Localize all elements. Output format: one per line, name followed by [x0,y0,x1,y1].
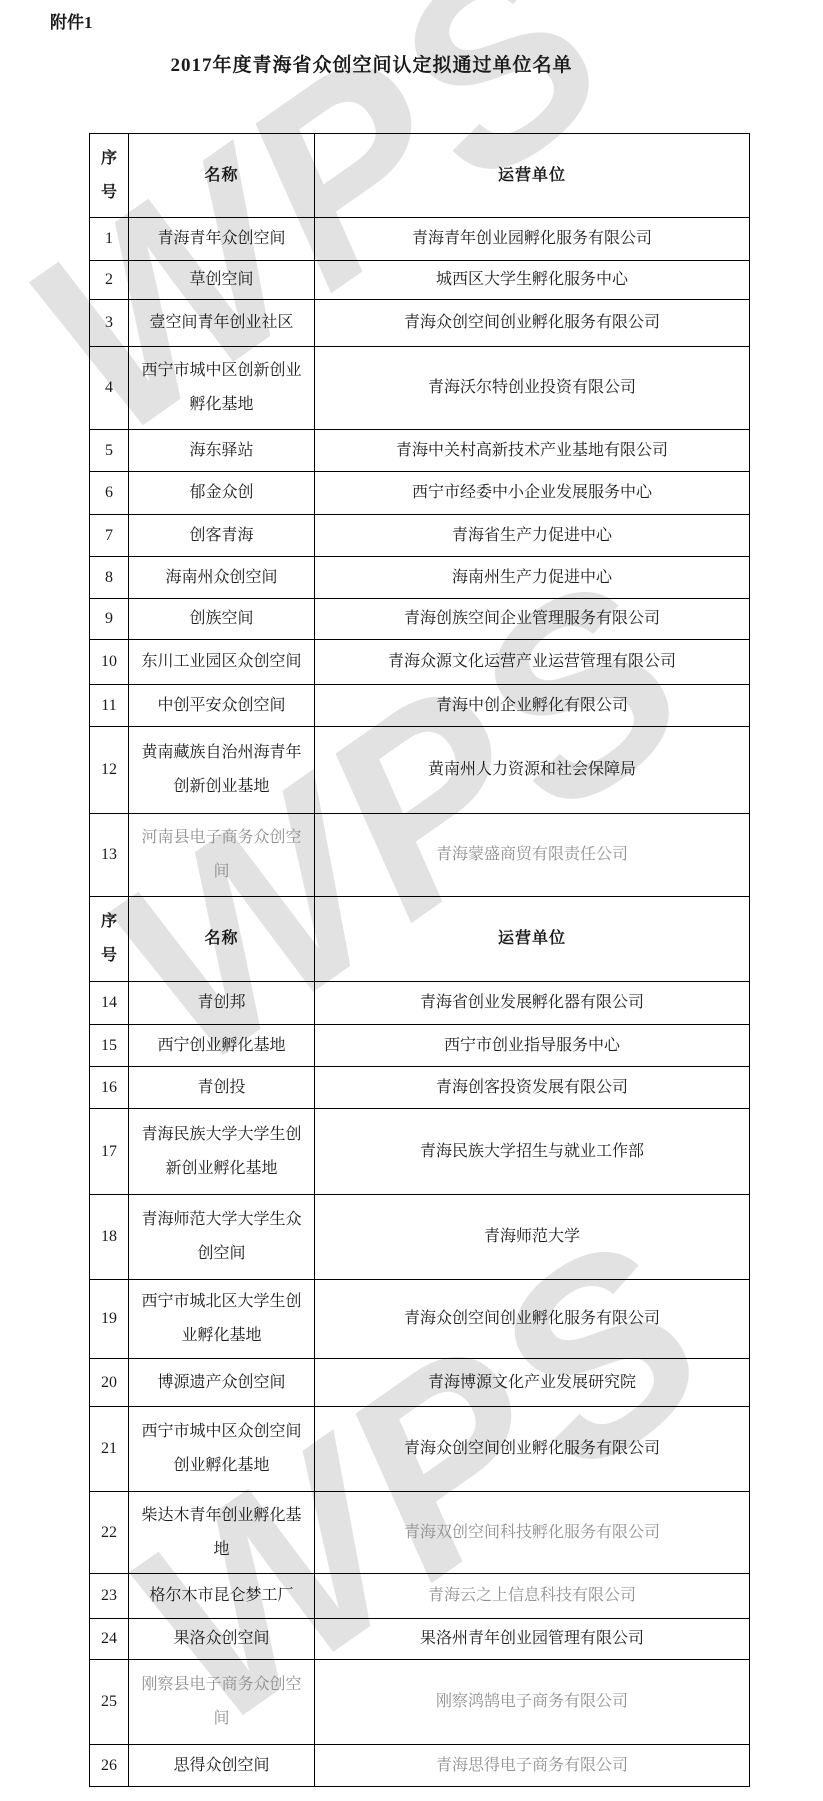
unit-cell: 青海创族空间企业管理服务有限公司 [315,599,750,640]
table-row: 17青海民族大学大学生创新创业孵化基地青海民族大学招生与就业工作部 [90,1109,750,1195]
name-cell: 黄南藏族自治州海青年创新创业基地 [129,727,315,814]
unit-cell: 青海沃尔特创业投资有限公司 [315,347,750,430]
header-cell-no: 序号 [90,897,129,982]
header-cell-name: 名称 [129,897,315,982]
row-number-cell: 9 [90,599,129,640]
unit-cell: 果洛州青年创业园管理有限公司 [315,1619,750,1660]
approved-units-table: 序号名称运营单位1青海青年众创空间青海青年创业园孵化服务有限公司2草创空间城西区… [89,133,750,1787]
row-number-cell: 15 [90,1025,129,1067]
name-cell: 西宁市城中区众创空间创业孵化基地 [129,1407,315,1492]
name-cell: 壹空间青年创业社区 [129,300,315,347]
row-number-cell: 6 [90,472,129,515]
row-number-cell: 18 [90,1195,129,1280]
unit-cell: 青海民族大学招生与就业工作部 [315,1109,750,1195]
unit-cell: 青海双创空间科技孵化服务有限公司 [315,1492,750,1574]
table-row: 19西宁市城北区大学生创业孵化基地青海众创空间创业孵化服务有限公司 [90,1280,750,1359]
unit-cell: 西宁市创业指导服务中心 [315,1025,750,1067]
name-cell: 格尔木市昆仑梦工厂 [129,1574,315,1619]
unit-cell: 青海众创空间创业孵化服务有限公司 [315,1280,750,1359]
table-row: 24果洛众创空间果洛州青年创业园管理有限公司 [90,1619,750,1660]
page-title: 2017年度青海省众创空间认定拟通过单位名单 [0,50,823,77]
row-number-cell: 7 [90,515,129,557]
row-number-cell: 10 [90,640,129,685]
name-cell: 郁金众创 [129,472,315,515]
name-cell: 博源遗产众创空间 [129,1359,315,1407]
table-row: 12黄南藏族自治州海青年创新创业基地黄南州人力资源和社会保障局 [90,727,750,814]
table-row: 1青海青年众创空间青海青年创业园孵化服务有限公司 [90,218,750,261]
table-row: 2草创空间城西区大学生孵化服务中心 [90,261,750,300]
name-cell: 青创投 [129,1067,315,1109]
row-number-cell: 22 [90,1492,129,1574]
row-number-cell: 25 [90,1660,129,1745]
name-cell: 青海民族大学大学生创新创业孵化基地 [129,1109,315,1195]
row-number-cell: 17 [90,1109,129,1195]
name-cell: 西宁创业孵化基地 [129,1025,315,1067]
unit-cell: 青海众创空间创业孵化服务有限公司 [315,1407,750,1492]
row-number-cell: 8 [90,557,129,599]
name-cell: 创族空间 [129,599,315,640]
row-number-cell: 3 [90,300,129,347]
name-cell: 海东驿站 [129,430,315,472]
attachment-label: 附件1 [50,8,93,33]
unit-cell: 刚察鸿鹄电子商务有限公司 [315,1660,750,1745]
unit-cell: 青海师范大学 [315,1195,750,1280]
unit-cell: 青海众创空间创业孵化服务有限公司 [315,300,750,347]
name-cell: 西宁市城中区创新创业孵化基地 [129,347,315,430]
row-number-cell: 14 [90,982,129,1025]
name-cell: 东川工业园区众创空间 [129,640,315,685]
row-number-cell: 12 [90,727,129,814]
table-row: 21西宁市城中区众创空间创业孵化基地青海众创空间创业孵化服务有限公司 [90,1407,750,1492]
unit-cell: 西宁市经委中小企业发展服务中心 [315,472,750,515]
name-cell: 思得众创空间 [129,1745,315,1787]
header-cell-unit: 运营单位 [315,897,750,982]
name-cell: 青海青年众创空间 [129,218,315,261]
table-header-row: 序号名称运营单位 [90,897,750,982]
unit-cell: 黄南州人力资源和社会保障局 [315,727,750,814]
table-row: 11中创平安众创空间青海中创企业孵化有限公司 [90,685,750,727]
document-page: WPS WPS WPS 附件1 2017年度青海省众创空间认定拟通过单位名单 序… [0,0,823,1801]
unit-cell: 青海云之上信息科技有限公司 [315,1574,750,1619]
name-cell: 中创平安众创空间 [129,685,315,727]
header-cell-unit: 运营单位 [315,134,750,218]
name-cell: 果洛众创空间 [129,1619,315,1660]
unit-cell: 青海青年创业园孵化服务有限公司 [315,218,750,261]
unit-cell: 青海创客投资发展有限公司 [315,1067,750,1109]
header-cell-name: 名称 [129,134,315,218]
table-row: 8海南州众创空间海南州生产力促进中心 [90,557,750,599]
table-row: 14青创邦青海省创业发展孵化器有限公司 [90,982,750,1025]
name-cell: 刚察县电子商务众创空间 [129,1660,315,1745]
table-row: 4西宁市城中区创新创业孵化基地青海沃尔特创业投资有限公司 [90,347,750,430]
unit-cell: 青海中关村高新技术产业基地有限公司 [315,430,750,472]
unit-cell: 青海省生产力促进中心 [315,515,750,557]
name-cell: 河南县电子商务众创空间 [129,814,315,897]
name-cell: 青海师范大学大学生众创空间 [129,1195,315,1280]
table-row: 9创族空间青海创族空间企业管理服务有限公司 [90,599,750,640]
unit-cell: 青海省创业发展孵化器有限公司 [315,982,750,1025]
row-number-cell: 24 [90,1619,129,1660]
row-number-cell: 2 [90,261,129,300]
row-number-cell: 13 [90,814,129,897]
row-number-cell: 21 [90,1407,129,1492]
table-row: 20博源遗产众创空间青海博源文化产业发展研究院 [90,1359,750,1407]
unit-cell: 青海博源文化产业发展研究院 [315,1359,750,1407]
unit-cell: 海南州生产力促进中心 [315,557,750,599]
table-header-row: 序号名称运营单位 [90,134,750,218]
unit-cell: 青海思得电子商务有限公司 [315,1745,750,1787]
unit-cell: 青海蒙盛商贸有限责任公司 [315,814,750,897]
table-row: 16青创投青海创客投资发展有限公司 [90,1067,750,1109]
unit-cell: 城西区大学生孵化服务中心 [315,261,750,300]
name-cell: 西宁市城北区大学生创业孵化基地 [129,1280,315,1359]
name-cell: 创客青海 [129,515,315,557]
name-cell: 柴达木青年创业孵化基地 [129,1492,315,1574]
row-number-cell: 19 [90,1280,129,1359]
row-number-cell: 16 [90,1067,129,1109]
name-cell: 青创邦 [129,982,315,1025]
table-row: 5海东驿站青海中关村高新技术产业基地有限公司 [90,430,750,472]
table-row: 25刚察县电子商务众创空间刚察鸿鹄电子商务有限公司 [90,1660,750,1745]
header-cell-no: 序号 [90,134,129,218]
table-row: 6郁金众创西宁市经委中小企业发展服务中心 [90,472,750,515]
row-number-cell: 11 [90,685,129,727]
table-row: 10东川工业园区众创空间青海众源文化运营产业运营管理有限公司 [90,640,750,685]
table-row: 22柴达木青年创业孵化基地青海双创空间科技孵化服务有限公司 [90,1492,750,1574]
row-number-cell: 20 [90,1359,129,1407]
table-row: 7创客青海青海省生产力促进中心 [90,515,750,557]
name-cell: 草创空间 [129,261,315,300]
table-row: 18青海师范大学大学生众创空间青海师范大学 [90,1195,750,1280]
row-number-cell: 4 [90,347,129,430]
row-number-cell: 26 [90,1745,129,1787]
row-number-cell: 1 [90,218,129,261]
unit-cell: 青海众源文化运营产业运营管理有限公司 [315,640,750,685]
table-row: 3壹空间青年创业社区青海众创空间创业孵化服务有限公司 [90,300,750,347]
table-row: 13河南县电子商务众创空间青海蒙盛商贸有限责任公司 [90,814,750,897]
table-row: 23格尔木市昆仑梦工厂青海云之上信息科技有限公司 [90,1574,750,1619]
table-row: 26思得众创空间青海思得电子商务有限公司 [90,1745,750,1787]
name-cell: 海南州众创空间 [129,557,315,599]
row-number-cell: 5 [90,430,129,472]
table-row: 15西宁创业孵化基地西宁市创业指导服务中心 [90,1025,750,1067]
row-number-cell: 23 [90,1574,129,1619]
unit-cell: 青海中创企业孵化有限公司 [315,685,750,727]
